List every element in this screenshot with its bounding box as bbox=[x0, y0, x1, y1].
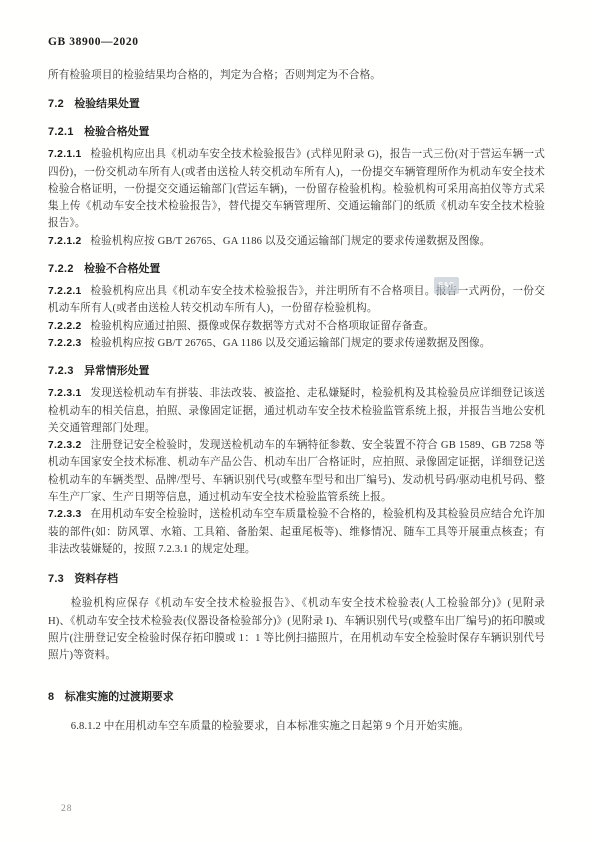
clause-text: 注册登记安全检验时，发现送检机动车的车辆特征参数、安全装置不符合 GB 1589… bbox=[48, 440, 545, 503]
clause-7-2-3-1: 7.2.3.1发现送检机动车有拼装、非法改装、被盗抢、走私嫌疑时，检验机构及其检… bbox=[48, 385, 545, 437]
section-number: 7.2 bbox=[48, 98, 64, 110]
clause-number: 7.2.2.2 bbox=[48, 321, 82, 332]
section-number: 8 bbox=[48, 691, 54, 703]
clause-7-2-3-3: 7.2.3.3在用机动车安全检验时，送检机动车空车质量检验不合格的，检验机构及其… bbox=[48, 506, 545, 558]
page-number: 28 bbox=[61, 804, 73, 814]
clause-text: 检验机构应按 GB/T 26765、GA 1186 以及交通运输部门规定的要求传… bbox=[90, 236, 490, 247]
sac-watermark-logo: SAC bbox=[434, 277, 459, 294]
section-title: 资料存档 bbox=[74, 573, 118, 585]
section-number: 7.3 bbox=[48, 573, 64, 585]
section-heading-7-2: 7.2检验结果处置 bbox=[48, 96, 545, 113]
watermark-label: SAC bbox=[438, 282, 454, 289]
clause-7-2-1-2: 7.2.1.2检验机构应按 GB/T 26765、GA 1186 以及交通运输部… bbox=[48, 233, 545, 250]
section-number: 7.2.3 bbox=[48, 365, 74, 377]
clause-7-2-1-1: 7.2.1.1检验机构应出具《机动车安全技术检验报告》(式样见附录 G)，报告一… bbox=[48, 146, 545, 232]
section-title: 检验合格处置 bbox=[84, 126, 149, 138]
clause-text: 检验机构应出具《机动车安全技术检验报告》(式样见附录 G)，报告一式三份(对于营… bbox=[48, 149, 545, 229]
clause-7-2-3-2: 7.2.3.2注册登记安全检验时，发现送检机动车的车辆特征参数、安全装置不符合 … bbox=[48, 437, 545, 506]
clause-number: 7.2.1.2 bbox=[48, 236, 82, 247]
paragraph-7-3: 检验机构应保存《机动车安全技术检验报告》、《机动车安全技术检验表(人工检验部分)… bbox=[48, 595, 545, 664]
section-heading-7-2-1: 7.2.1检验合格处置 bbox=[48, 124, 545, 141]
document-page: GB 38900—2020 所有检验项目的检验结果均合格的，判定为合格；否则判定… bbox=[0, 0, 593, 842]
clause-text: 检验机构应按 GB/T 26765、GA 1186 以及交通运输部门规定的要求传… bbox=[90, 338, 490, 349]
clause-text: 发现送检机动车有拼装、非法改装、被盗抢、走私嫌疑时，检验机构及其检验员应详细登记… bbox=[48, 388, 545, 434]
section-title: 检验结果处置 bbox=[74, 98, 139, 110]
clause-number: 7.2.3.3 bbox=[48, 509, 82, 520]
intro-paragraph: 所有检验项目的检验结果均合格的，判定为合格；否则判定为不合格。 bbox=[48, 67, 545, 84]
section-heading-7-2-3: 7.2.3异常情形处置 bbox=[48, 363, 545, 380]
section-number: 7.2.2 bbox=[48, 263, 74, 275]
section-heading-8: 8标准实施的过渡期要求 bbox=[48, 689, 545, 706]
paragraph-8: 6.8.1.2 中在用机动车空车质量的检验要求，自本标准实施之日起第 9 个月开… bbox=[48, 718, 545, 735]
clause-7-2-2-3: 7.2.2.3检验机构应按 GB/T 26765、GA 1186 以及交通运输部… bbox=[48, 335, 545, 352]
section-title: 标准实施的过渡期要求 bbox=[65, 691, 174, 703]
clause-text: 检验机构应通过拍照、摄像或保存数据等方式对不合格项取证留存备查。 bbox=[90, 321, 434, 332]
document-content: 所有检验项目的检验结果均合格的，判定为合格；否则判定为不合格。 7.2检验结果处… bbox=[48, 67, 545, 736]
section-title: 异常情形处置 bbox=[84, 365, 149, 377]
clause-number: 7.2.1.1 bbox=[48, 149, 82, 160]
section-number: 7.2.1 bbox=[48, 126, 74, 138]
section-title: 检验不合格处置 bbox=[84, 263, 160, 275]
clause-7-2-2-1: 7.2.2.1检验机构应出具《机动车安全技术检验报告》，并注明所有不合格项目。报… bbox=[48, 283, 545, 318]
clause-number: 7.2.3.2 bbox=[48, 440, 82, 451]
standard-number-header: GB 38900—2020 bbox=[48, 36, 139, 48]
clause-text: 在用机动车安全检验时，送检机动车空车质量检验不合格的，检验机构及其检验员应结合允… bbox=[48, 509, 545, 555]
clause-number: 7.2.2.3 bbox=[48, 338, 82, 349]
section-heading-7-2-2: 7.2.2检验不合格处置 bbox=[48, 261, 545, 278]
clause-number: 7.2.3.1 bbox=[48, 388, 82, 399]
clause-text: 检验机构应出具《机动车安全技术检验报告》，并注明所有不合格项目。报告一式两份，一… bbox=[48, 286, 545, 314]
section-heading-7-3: 7.3资料存档 bbox=[48, 571, 545, 588]
clause-7-2-2-2: 7.2.2.2检验机构应通过拍照、摄像或保存数据等方式对不合格项取证留存备查。 bbox=[48, 318, 545, 335]
clause-number: 7.2.2.1 bbox=[48, 286, 82, 297]
